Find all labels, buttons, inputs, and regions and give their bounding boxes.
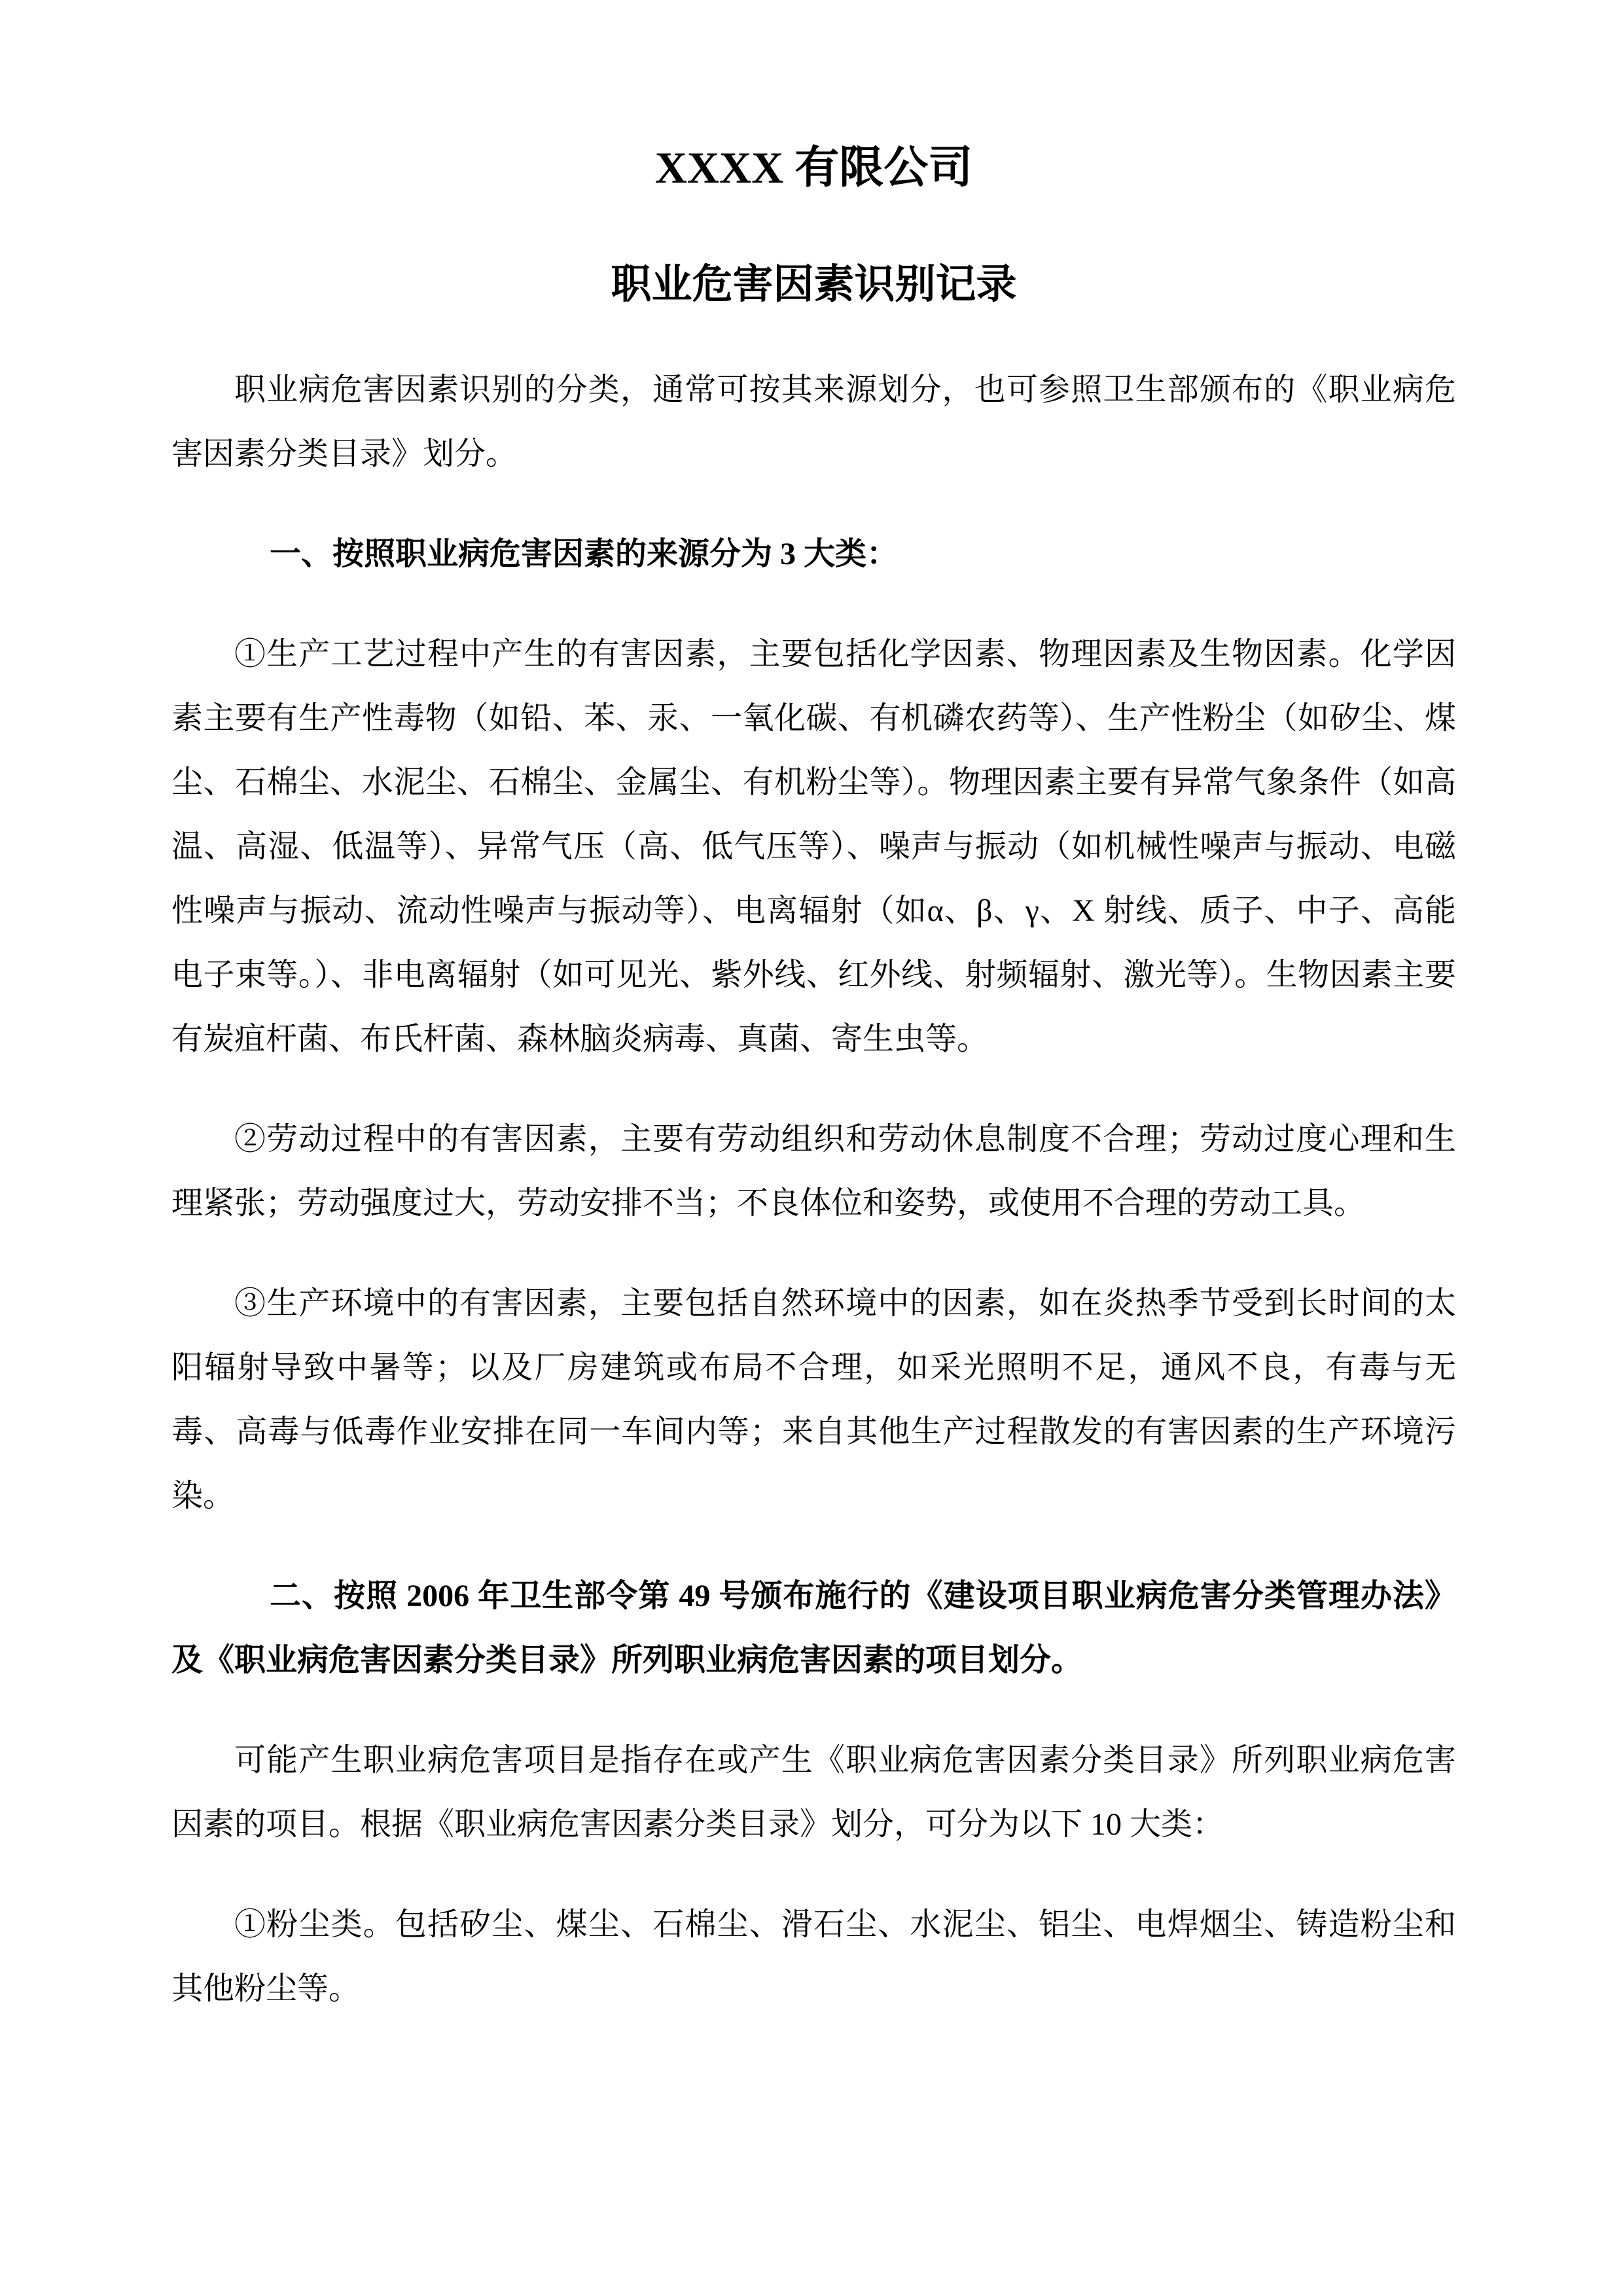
paragraph-intro: 职业病危害因素识别的分类，通常可按其来源划分，也可参照卫生部颁布的《职业病危害因… <box>171 358 1456 486</box>
document-page: XXXX 有限公司 职业危害因素识别记录 职业病危害因素识别的分类，通常可按其来… <box>0 0 1623 2296</box>
document-content: XXXX 有限公司 职业危害因素识别记录 职业病危害因素识别的分类，通常可按其来… <box>0 0 1623 2021</box>
document-body: 职业病危害因素识别的分类，通常可按其来源划分，也可参照卫生部颁布的《职业病危害因… <box>171 358 1456 2021</box>
document-title: 职业危害因素识别记录 <box>171 260 1456 310</box>
paragraph-item-1-process-factors: ①生产工艺过程中产生的有害因素，主要包括化学因素、物理因素及生物因素。化学因素主… <box>171 622 1456 1071</box>
company-title: XXXX 有限公司 <box>171 141 1456 194</box>
heading-section-1: 一、按照职业病危害因素的来源分为 3 大类： <box>171 522 1456 586</box>
heading-section-2: 二、按照 2006 年卫生部令第 49 号颁布施行的《建设项目职业病危害分类管理… <box>171 1564 1456 1693</box>
paragraph-item-2-labor-factors: ②劳动过程中的有害因素，主要有劳动组织和劳动休息制度不合理；劳动过度心理和生理紧… <box>171 1107 1456 1236</box>
paragraph-catalog-definition: 可能产生职业病危害项目是指存在或产生《职业病危害因素分类目录》所列职业病危害因素… <box>171 1729 1456 1857</box>
paragraph-dust-category: ①粉尘类。包括矽尘、煤尘、石棉尘、滑石尘、水泥尘、铝尘、电焊烟尘、铸造粉尘和其他… <box>171 1893 1456 2021</box>
paragraph-item-3-environment-factors: ③生产环境中的有害因素，主要包括自然环境中的因素，如在炎热季节受到长时间的太阳辐… <box>171 1272 1456 1528</box>
